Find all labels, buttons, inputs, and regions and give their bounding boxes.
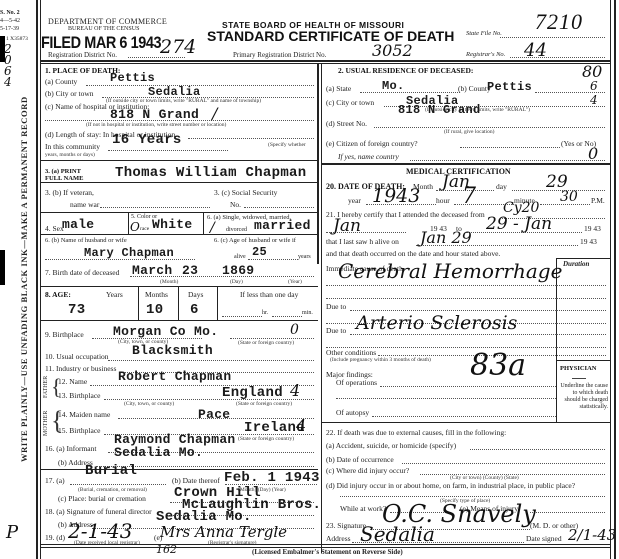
external-causes-heading: 22. If death was due to external causes,… [326,428,506,437]
dotted-line [128,57,185,58]
residence-heading: 2. USUAL RESIDENCE OF DECEASED: [338,66,473,75]
sex-value: male [62,217,94,232]
registrar-no-value: 44 [524,40,547,61]
county-label: (a) County [45,77,77,86]
dotted-line [556,310,606,311]
column-divider [321,63,322,553]
frame-right [614,0,616,559]
burial-place-label: (c) Place: burial or cremation [58,494,146,503]
autopsy-label: Of autopsy [336,408,369,417]
lt-day-label: If less than one day [240,290,298,299]
age-months-value: 10 [146,302,163,318]
duration-label: Duration [563,260,589,268]
frame-left [36,0,38,559]
divider [40,182,318,183]
last-saw-label: that I last saw h alive on [326,237,399,246]
burial-value: Burial [85,463,137,479]
mother-maiden-value: Pace [198,407,230,422]
divider [556,360,610,361]
dotted-line [410,160,605,161]
res-street-note: (If rural, give location) [444,129,494,135]
dotted-line [188,138,314,139]
reg-district-value: 274 [160,36,196,58]
due-to-label-2: Due to [326,326,346,335]
day-note: (Day) [230,279,243,285]
spouse-age-value: 25 [252,245,267,259]
citizen-label: (e) Citizen of foreign country? [326,139,418,148]
veteran-war-label: name war [70,200,99,209]
birth-year-value: 1869 [222,263,254,278]
dotted-line [556,285,606,286]
marital-value: married [254,218,311,233]
birthplace-label: 9. Birthplace [45,330,84,339]
dotted-line [360,92,460,93]
dod-year-label: year [348,196,361,205]
form-date-2: 5-17-39 [0,26,19,32]
department-label: DEPARTMENT OF COMMERCE [48,17,167,26]
dotted-line [45,259,195,260]
dotted-line [340,496,605,497]
dotted-line [336,398,556,399]
min-label: min. [302,310,313,316]
dotted-line [350,334,556,335]
age-days-label: Days [188,290,203,299]
circled-mark: P [6,522,18,543]
residence-margin-code-3: 4 [590,93,598,107]
other-conditions-note: (Include pregnancy within 3 months of de… [330,357,431,363]
at-work-label: While at work? [340,504,386,513]
state-file-label: State File No. [466,30,502,37]
father-group-label: FATHER [43,376,49,398]
dotted-line [556,334,606,335]
year-note: (Year) [288,279,302,285]
dotted-line [244,207,314,208]
other-conditions-handwritten: 83a [470,348,526,383]
due-to-label-1: Due to [326,302,346,311]
father-name-label: 12. Name [58,377,87,386]
dotted-line [372,416,556,417]
operations-label: Of operations [336,378,377,387]
father-birth-mark: 4 [290,381,300,400]
res-state-label: (a) State [326,84,351,93]
registrar-signature: Mrs Anna Tergle [160,523,287,541]
dod-day-label: day [496,182,507,191]
dotted-line [374,127,605,128]
received-label: 19. (d) [45,533,65,542]
birth-date-label: 7. Birth date of deceased [45,268,119,277]
attended-from-value: Jan [333,216,361,236]
physician-address-value: Sedalia [360,522,435,546]
mother-group-label: MOTHER [43,411,49,436]
reg-district-label: Registration District No. [48,51,117,59]
form-number: S. No. 2 [0,10,20,16]
dotted-line [350,310,556,311]
divider [178,286,179,320]
ssn-no-label: No. [230,200,241,209]
divider [322,163,610,165]
birth-day-value: 23 [182,263,198,278]
divorced-label: divorced [226,227,247,233]
divider [40,286,318,287]
veteran-label: 3. (b) If veteran, [45,188,94,197]
divider [40,234,318,235]
death-city-value: Sedalia [148,85,201,99]
birthplace-value: Morgan Co Mo. [113,324,218,339]
bureau-label: BUREAU OF THE CENSUS [68,26,139,32]
res-state-value: Mo. [382,79,405,93]
race-mark: O [130,220,140,234]
country-label: If yes, name country [338,152,399,161]
spouse-name-value: Mary Chapman [84,246,174,260]
funeral-director-label: 18. (a) Signature of funeral director [45,507,152,516]
last-saw-year: 19 43 [580,237,597,246]
bottom-divider-inner [40,544,610,545]
divider [40,320,318,321]
divider [203,212,204,234]
father-state-note: (State or foreign country) [236,401,292,407]
header-divider-inner [40,63,610,64]
res-street-label: (d) Street No. [326,119,367,128]
divider [40,160,318,161]
certificate-title: STANDARD CERTIFICATE OF DEATH [207,28,454,44]
res-city-label: (c) City or town [326,98,374,107]
dotted-line [222,316,262,317]
occupation-label: 10. Usual occupation [45,352,109,361]
dotted-line [530,512,605,513]
race-label: race [140,226,149,232]
physician-address-label: Address [326,534,351,543]
divider [40,212,318,213]
registrar-no-label: Registrar's No. [466,51,505,58]
occurrence-label: (b) Date of occurrence [326,455,394,464]
hospital-note: (If not in hospital or institution, writ… [86,122,226,128]
handwritten-margin-code: 2064 [4,44,16,88]
received-note: (Date received local registrar) [74,540,140,546]
primary-reg-label: Primary Registration District No. [233,51,326,59]
dotted-line [248,259,298,260]
birth-month-value: March [132,263,173,278]
residence-margin-code-2: 6 [590,79,598,93]
margin-instruction: WRITE PLAINLY—USE UNFADING BLACK INK—MAK… [19,96,29,462]
divider [322,422,610,423]
dotted-line [230,338,314,339]
dod-hour-label: hour [436,196,450,205]
divider [556,258,610,259]
community-label: In this community [45,142,100,151]
attended-to-value: 29 - Jan [486,214,552,234]
race-value: White [152,217,193,232]
dotted-line [402,463,605,464]
dotted-line [556,323,606,324]
last-saw-value: Jan 29 [420,228,472,247]
mother-birth-label: 15. Birthplace [58,426,101,435]
other-conditions-label: Other conditions [326,348,376,357]
dotted-line [326,298,556,299]
dotted-line [380,386,556,387]
father-name-value: Robert Chapman [118,369,231,384]
dotted-line [556,347,606,348]
occupation-value: Blacksmith [132,343,213,358]
dotted-line [108,360,314,361]
check-mark: / [212,104,217,123]
informant-label: 16. (a) Informant [45,444,96,453]
birthplace-state-note: (State or foreign country) [238,340,294,346]
age-years-label: Years [106,290,123,299]
due-to-value: Arterio Sclerosis [356,312,517,334]
age-years-value: 73 [68,302,85,318]
mother-birth-mark: 4 [296,416,306,435]
burial-label: 17. (a) [45,476,65,485]
pm-label: P.M. [591,196,605,205]
dotted-line [500,37,605,38]
injury-place-label: (d) Did injury occur in or about home, o… [326,481,575,490]
physician-box-label: PHYSICIAN [560,365,596,372]
bottom-divider [40,547,610,548]
date-signed-value: 2/1-43 [568,526,616,544]
res-county-label: (b) County [458,84,491,93]
full-name-label-a: 3. (a) PRINT [45,168,81,175]
burial-date-value: Feb. 1 1943 [224,470,320,486]
burial-date-label: (b) Date thereof [172,476,220,485]
occurred-label: and that death occurred on the date and … [326,249,500,258]
ssn-label: 3. (c) Social Security [214,188,277,197]
industry-label: 11. Industry or business [45,364,116,373]
embalmer-statement-note: (Licensed Embalmer's Statement on Revers… [252,548,403,556]
specify-note: (Specify whether [268,142,306,148]
dotted-line [470,449,605,450]
father-city-note: (City, town, or county) [124,401,174,407]
frame-right-inner [610,0,611,559]
age-days-value: 6 [190,302,199,318]
divider [128,212,129,234]
specify-note-2: years, months or days) [45,152,95,158]
father-birth-label: 13. Birthplace [58,391,101,400]
death-county-value: Pettis [110,71,155,85]
header-divider [40,60,610,62]
mother-state-note: (State or foreign country) [238,436,294,442]
dotted-line [108,150,228,151]
spouse-label: 6. (b) Name of husband or wife [45,237,127,244]
res-county-value: Pettis [487,80,532,94]
burial-note: (Burial, cremation, or removal) [78,487,147,493]
divider [138,286,139,320]
full-name-label-b: FULL NAME [45,175,83,182]
divider [572,378,586,379]
city-label: (b) City or town [45,89,94,98]
black-margin-bar-middle [0,250,5,285]
state-file-value: 7210 [535,9,583,35]
dod-minute-value: 30 [560,189,578,205]
dotted-line [460,147,560,148]
spouse-years-label: years [298,254,311,260]
month-note: (Month) [160,279,178,285]
dod-year-value: 1943 [372,185,420,207]
age-label: 8. AGE: [45,290,71,299]
spouse-age-label: 6. (c) Age of husband or wife if [214,237,296,244]
physician-note: Underline the cause to which death shoul… [558,383,608,411]
accident-label: (a) Accident, suicide, or homicide (spec… [326,441,456,450]
sex-label: 4. Sex [45,224,64,233]
birthplace-mark: 0 [290,322,299,338]
injury-where-label: (c) Where did injury occur? [326,466,409,475]
informant-address-value: Sedalia Mo. [114,445,203,460]
dotted-line [272,316,302,317]
res-street-value: 818 N Grand [398,103,481,117]
divider [217,286,218,320]
primary-reg-value: 3052 [372,41,413,60]
immediate-cause-value: Cerebral Hemorrhage [338,259,562,283]
dotted-line [556,298,606,299]
decedent-full-name: Thomas William Chapman [115,165,306,181]
full-name-label: 3. (a) PRINT FULL NAME [45,168,83,182]
dotted-line [70,484,166,485]
dod-hour-value: 7 [462,184,476,209]
community-value: 16 Years [112,132,182,148]
age-months-label: Months [145,290,168,299]
filed-stamp: FILED MAR 6 1943 [41,33,161,53]
registrar-sig-note: (Registrar's signature) [208,540,257,546]
mother-maiden-label: 14. Maiden name [58,410,110,419]
hr-label: hr. [262,310,268,316]
death-location-value: 818 N Grand [110,107,199,122]
frame-left-inner [40,0,41,559]
date-signed-label: Date signed [526,534,562,543]
form-date-1: 4—5-42 [0,18,20,24]
dotted-line [100,207,210,208]
father-birth-value: England [222,385,283,401]
spouse-alive-label: alive [234,254,246,260]
attended-to-year: 19 43 [584,224,601,233]
dotted-line [326,285,556,286]
